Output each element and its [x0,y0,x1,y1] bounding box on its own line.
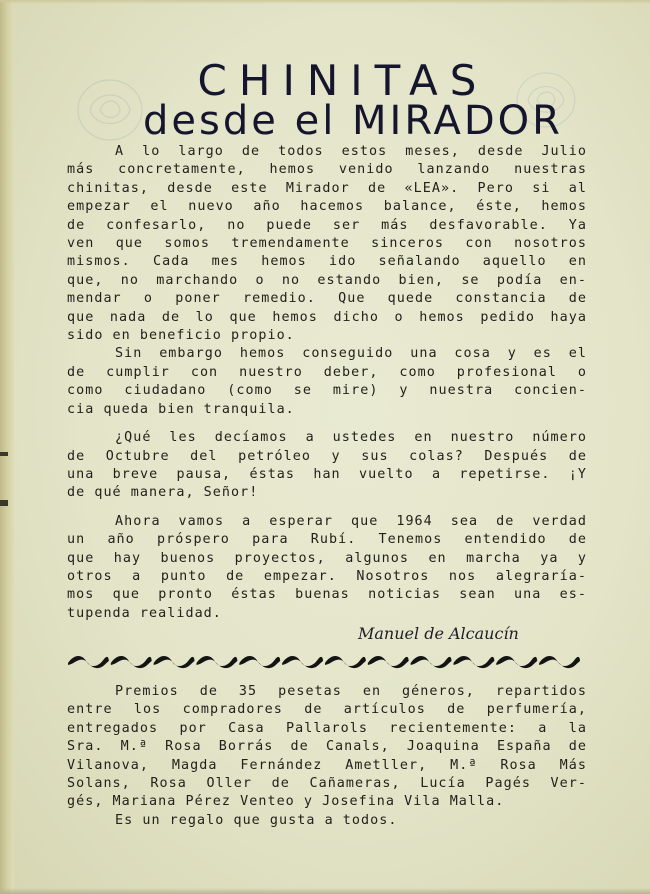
paragraph: Es un regalo que gusta a todos. [67,812,587,830]
text-line: Solans, Rosa Oller de Cañameras, Lucía P… [67,775,587,793]
text-line: que, no marchando o no estando bien, se … [67,272,587,290]
text-line: gés, Mariana Pérez Venteo y Josefina Vil… [67,793,587,811]
text-line: ¿Qué les decíamos a ustedes en nuestro n… [67,429,587,447]
text-line: Vilanova, Magda Fernández Ametller, M.ª … [67,757,587,775]
paragraph: ¿Qué les decíamos a ustedes en nuestro n… [67,429,587,503]
text-line: empezar el nuevo año hacemos balance, és… [67,198,587,216]
binding-mark [0,500,8,506]
binding-mark [0,452,8,456]
text-line: Sin embargo hemos conseguido una cosa y … [67,345,587,363]
text-line: Es un regalo que gusta a todos. [67,812,587,830]
text-line: mismos. Cada mes hemos ido señalando aqu… [67,253,587,271]
page-bottom-edge [0,888,650,894]
text-line: A lo largo de todos estos meses, desde J… [67,143,587,161]
text-line: chinitas, desde este Mirador de «LEA». P… [67,180,587,198]
paragraph: Premios de 35 pesetas en géneros, repart… [67,683,587,812]
paragraph: Sin embargo hemos conseguido una cosa y … [67,345,587,419]
text-line: otros a punto de empezar. Nosotros nos a… [67,568,587,586]
paragraph: A lo largo de todos estos meses, desde J… [67,143,587,345]
article-body: A lo largo de todos estos meses, desde J… [67,143,587,623]
ornamental-divider [66,650,580,672]
text-line: mendar o poner remedio. Que quede consta… [67,290,587,308]
text-line: más concretamente, hemos venido lanzando… [67,161,587,179]
text-line: de cumplir con nuestro deber, como profe… [67,364,587,382]
text-line: mos que pronto éstas buenas noticias sea… [67,586,587,604]
text-line: que hay buenos proyectos, algunos en mar… [67,550,587,568]
paragraph: Ahora vamos a esperar que 1964 sea de ve… [67,513,587,623]
text-line: como ciudadano (como se mire) y nuestra … [67,382,587,400]
text-line: ven que somos tremendamente sinceros con… [67,235,587,253]
text-line: sido en beneficio propio. [67,327,587,345]
text-line: Premios de 35 pesetas en géneros, repart… [67,683,587,701]
text-line: entregados por Casa Pallarols recienteme… [67,720,587,738]
text-line: cia queda bien tranquila. [67,401,587,419]
text-line: una breve pausa, éstas han vuelto a repe… [67,466,587,484]
prize-notice: Premios de 35 pesetas en géneros, repart… [67,683,587,830]
text-line: entre los compradores de artículos de pe… [67,701,587,719]
text-line: que nada de lo que hemos dicho o hemos p… [67,309,587,327]
author-signature: Manuel de Alcaucín [358,624,519,643]
text-line: de confesarlo, no puede ser más desfavor… [67,217,587,235]
text-line: de Octubre del petróleo y sus colas? Des… [67,448,587,466]
magazine-page: CHINITAS desde el MIRADOR A lo largo de … [0,0,650,894]
text-line: tupenda realidad. [67,605,587,623]
page-top-edge [0,0,650,4]
text-line: Ahora vamos a esperar que 1964 sea de ve… [67,513,587,531]
text-line: un año próspero para Rubí. Tenemos enten… [67,531,587,549]
text-line: de qué manera, Señor! [67,484,587,502]
article-title-line-2: desde el MIRADOR [0,98,650,144]
text-line: Sra. M.ª Rosa Borrás de Canals, Joaquina… [67,738,587,756]
